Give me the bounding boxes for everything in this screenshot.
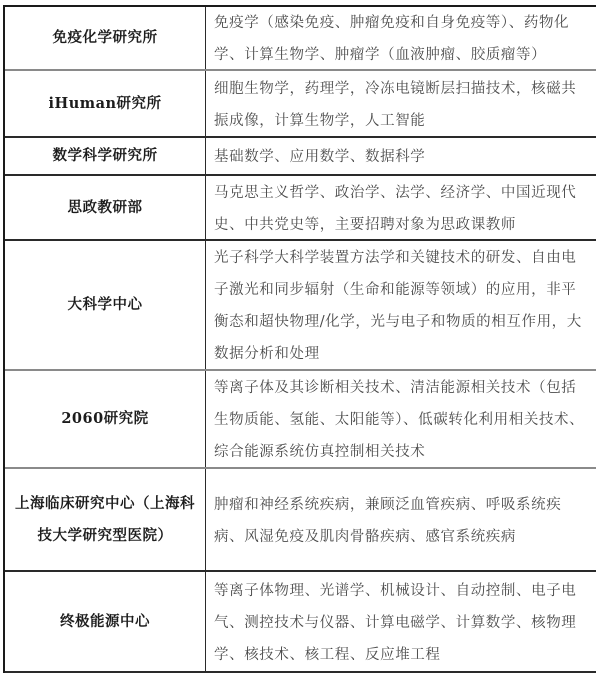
table-row: iHuman研究所 细胞生物学，药理学，冷冻电镜断层扫描技术，核磁共振成像，计算… (5, 71, 596, 138)
table-row: 大科学中心 光子科学大科学装置方法学和关键技术的研发、自由电子激光和同步辐射（生… (5, 241, 596, 371)
research-fields: 免疫学（感染免疫、肿瘤免疫和自身免疫等）、药物化学、计算生物学、肿瘤学（血液肿瘤… (206, 7, 596, 69)
table-row: 上海临床研究中心（上海科技大学研究型医院） 肿瘤和神经系统疾病，兼顾泛血管疾病、… (5, 469, 596, 572)
research-fields: 基础数学、应用数学、数据科学 (206, 138, 596, 174)
research-fields: 细胞生物学，药理学，冷冻电镜断层扫描技术，核磁共振成像，计算生物学，人工智能 (206, 71, 596, 136)
research-fields: 马克思主义哲学、政治学、法学、经济学、中国近现代史、中共党史等，主要招聘对象为思… (206, 176, 596, 239)
institute-name: 2060研究院 (5, 371, 206, 467)
research-fields: 光子科学大科学装置方法学和关键技术的研发、自由电子激光和同步辐射（生命和能源等领… (206, 241, 596, 369)
table-row: 终极能源中心 等离子体物理、光谱学、机械设计、自动控制、电子电气、测控技术与仪器… (5, 572, 596, 673)
table-row: 思政教研部 马克思主义哲学、政治学、法学、经济学、中国近现代史、中共党史等，主要… (5, 176, 596, 241)
institute-name: 思政教研部 (5, 176, 206, 239)
table-row: 数学科学研究所 基础数学、应用数学、数据科学 (5, 138, 596, 176)
research-fields-table: 免疫化学研究所 免疫学（感染免疫、肿瘤免疫和自身免疫等）、药物化学、计算生物学、… (3, 5, 596, 673)
institute-name: 数学科学研究所 (5, 138, 206, 174)
table-row: 2060研究院 等离子体及其诊断相关技术、清洁能源相关技术（包括生物质能、氢能、… (5, 371, 596, 469)
institute-name: iHuman研究所 (5, 71, 206, 136)
research-fields: 等离子体及其诊断相关技术、清洁能源相关技术（包括生物质能、氢能、太阳能等）、低碳… (206, 371, 596, 467)
table-row: 免疫化学研究所 免疫学（感染免疫、肿瘤免疫和自身免疫等）、药物化学、计算生物学、… (5, 7, 596, 71)
research-fields: 等离子体物理、光谱学、机械设计、自动控制、电子电气、测控技术与仪器、计算电磁学、… (206, 572, 596, 671)
research-fields: 肿瘤和神经系统疾病，兼顾泛血管疾病、呼吸系统疾病、风湿免疫及肌肉骨骼疾病、感官系… (206, 469, 596, 570)
institute-name: 终极能源中心 (5, 572, 206, 671)
institute-name: 大科学中心 (5, 241, 206, 369)
institute-name: 上海临床研究中心（上海科技大学研究型医院） (5, 469, 206, 570)
institute-name: 免疫化学研究所 (5, 7, 206, 69)
